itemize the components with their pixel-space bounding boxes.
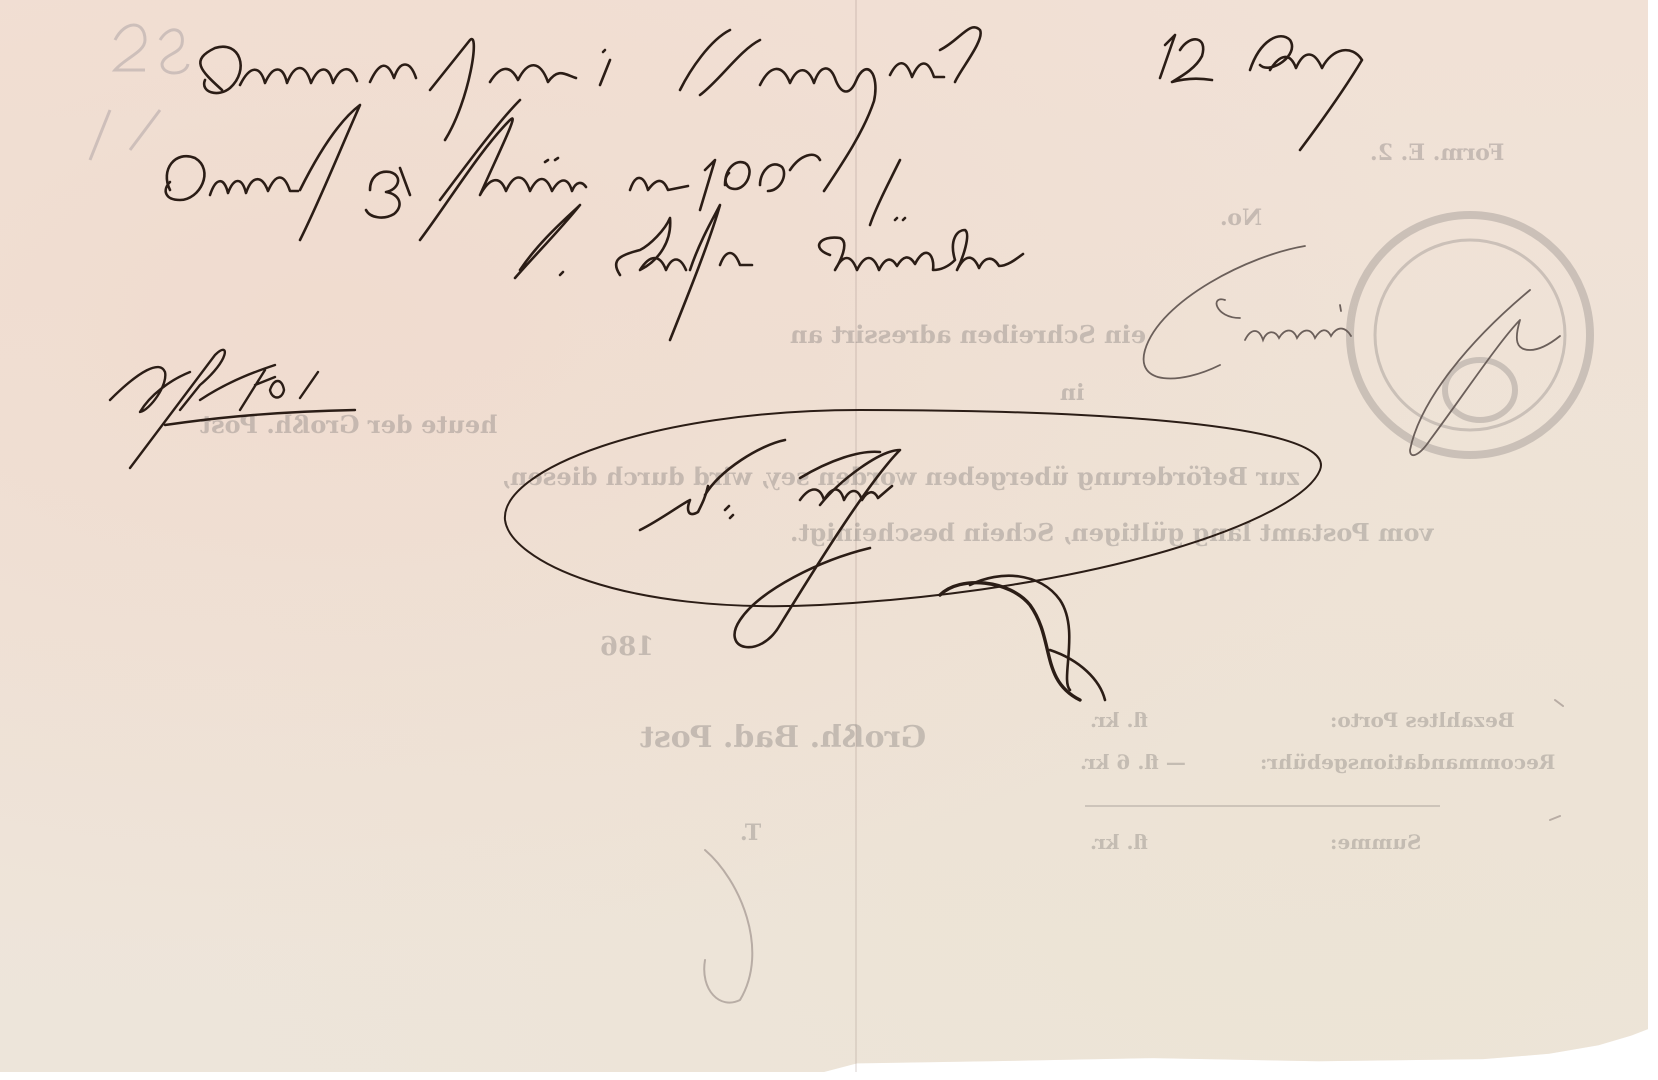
signature-oval xyxy=(505,410,1321,700)
pencil-numerals-top-left xyxy=(90,25,188,160)
pencil-marks xyxy=(704,700,1563,1003)
handwriting-line-3 xyxy=(515,205,1023,340)
signature-pencil xyxy=(1144,246,1560,455)
